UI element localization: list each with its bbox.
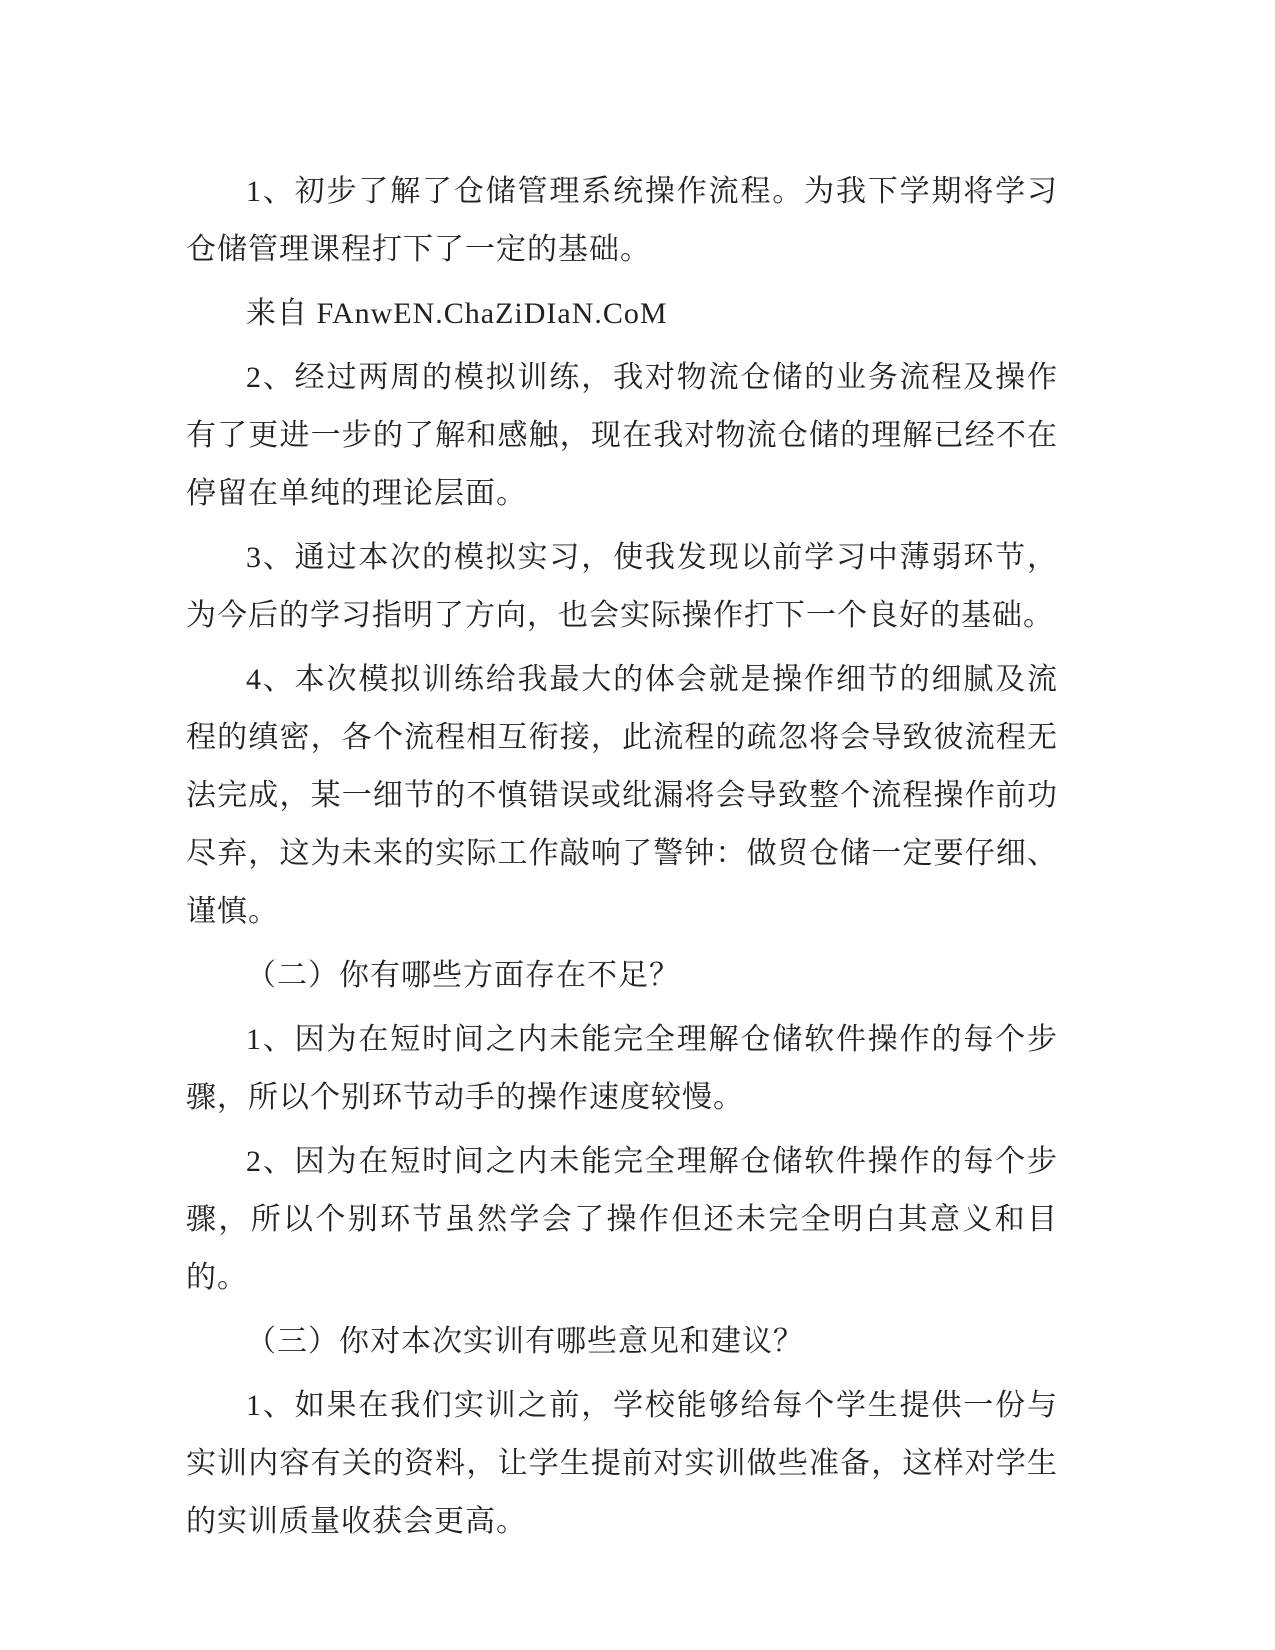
- paragraph: 4、本次模拟训练给我最大的体会就是操作细节的细腻及流程的缜密，各个流程相互衔接，…: [186, 651, 1058, 941]
- document-page: { "page": { "background_color": "#ffffff…: [0, 0, 1275, 1650]
- paragraph: 1、初步了解了仓储管理系统操作流程。为我下学期将学习仓储管理课程打下了一定的基础…: [186, 163, 1058, 279]
- section-heading: （二）你有哪些方面存在不足？: [186, 947, 1058, 1005]
- paragraph: 2、因为在短时间之内未能完全理解仓储软件操作的每个步骤，所以个别环节虽然学会了操…: [186, 1133, 1058, 1307]
- paragraph: 1、如果在我们实训之前，学校能够给每个学生提供一份与实训内容有关的资料，让学生提…: [186, 1377, 1058, 1551]
- text-block: 1、初步了解了仓储管理系统操作流程。为我下学期将学习仓储管理课程打下了一定的基础…: [186, 163, 1058, 1557]
- paragraph: 2、经过两周的模拟训练，我对物流仓储的业务流程及操作有了更进一步的了解和感触，现…: [186, 349, 1058, 523]
- paragraph: 3、通过本次的模拟实习，使我发现以前学习中薄弱环节，为今后的学习指明了方向，也会…: [186, 529, 1058, 645]
- paragraph: 1、因为在短时间之内未能完全理解仓储软件操作的每个步骤，所以个别环节动手的操作速…: [186, 1011, 1058, 1127]
- section-heading: （三）你对本次实训有哪些意见和建议？: [186, 1313, 1058, 1371]
- source-watermark: 来自 FAnwEN.ChaZiDIaN.CoM: [186, 285, 1058, 343]
